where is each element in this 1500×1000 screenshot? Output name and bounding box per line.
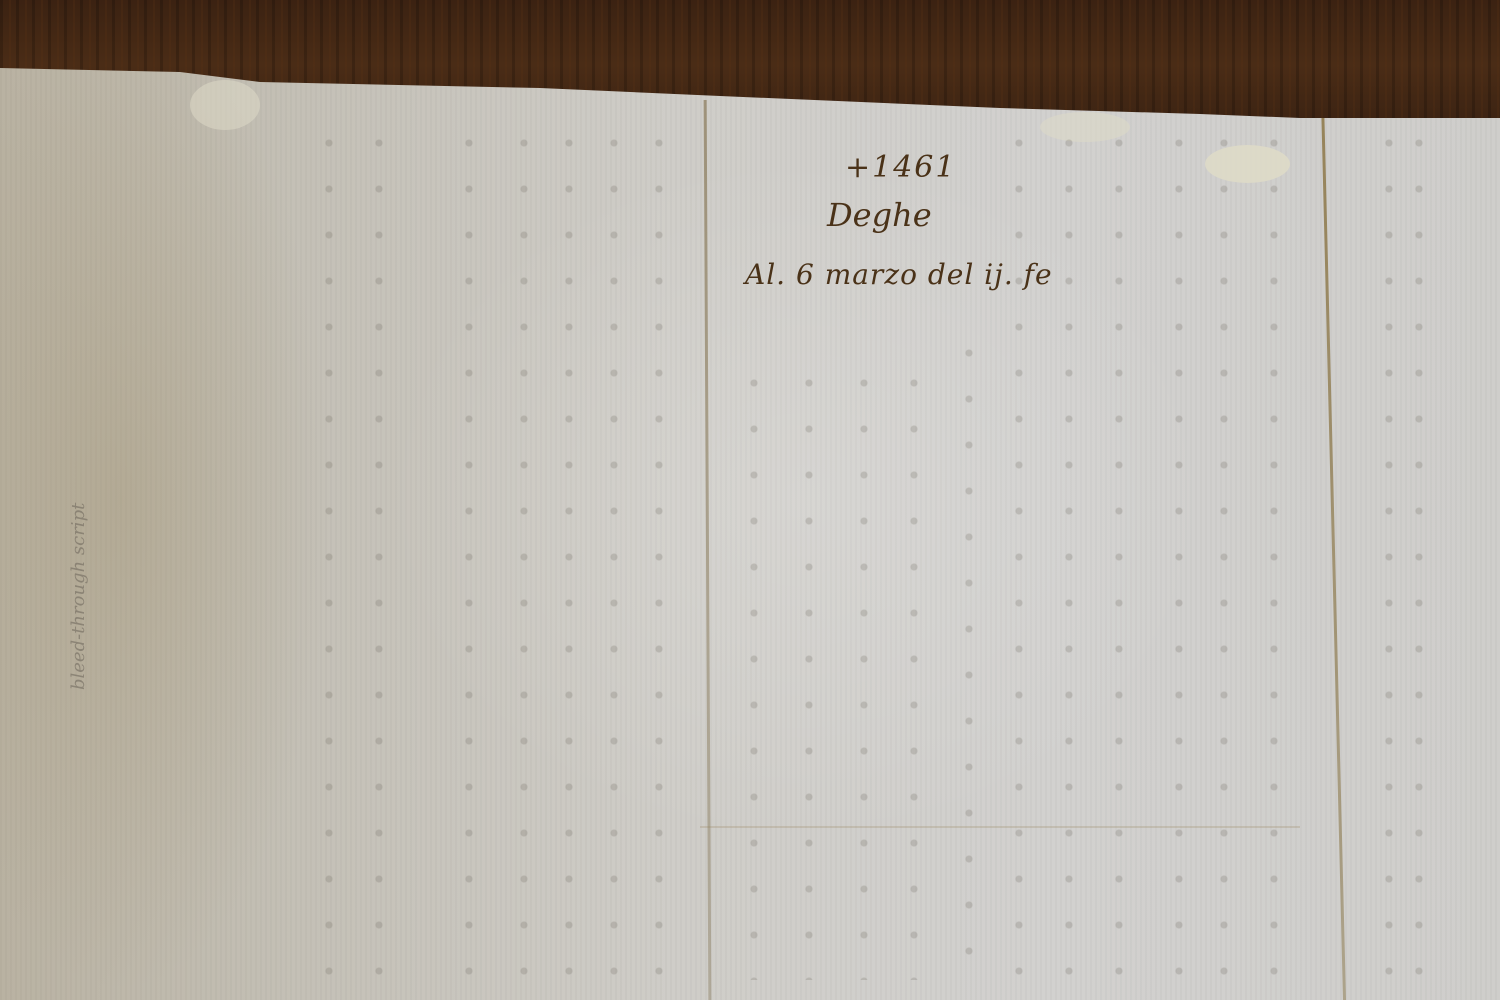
docket-date-line: Al. 6 marzo del ij. fe — [745, 258, 1053, 291]
paper-repair-patch — [190, 80, 260, 130]
bleed-through-text — [560, 120, 578, 980]
bleed-through-text — [370, 120, 388, 980]
bleed-through-text — [905, 360, 923, 980]
bleed-through-text — [1170, 120, 1188, 980]
docket-year-line: +1461 — [845, 150, 956, 185]
bleed-through-text — [605, 120, 623, 980]
bleed-through-text — [800, 360, 818, 980]
bleed-through-text — [1215, 120, 1233, 980]
bleed-through-text — [650, 120, 668, 980]
manuscript-page: bleed-through script +1461 Deghe Al. 6 m… — [0, 0, 1500, 1000]
bleed-through-text — [460, 120, 478, 980]
bleed-through-text — [745, 360, 763, 980]
bleed-through-text — [960, 330, 978, 980]
bleed-through-text — [1110, 120, 1128, 980]
vertical-fold-line — [704, 100, 712, 1000]
bleed-through-text — [515, 120, 533, 980]
horizontal-fold-line — [700, 826, 1300, 828]
bleed-through-text — [1380, 120, 1398, 980]
bleed-through-text — [1010, 120, 1028, 980]
bleed-through-text — [1265, 120, 1283, 980]
vertical-fold-line — [1321, 100, 1346, 1000]
bleed-through-text — [1060, 120, 1078, 980]
bleed-through-text — [320, 120, 338, 980]
margin-bleed-through-note: bleed-through script — [68, 270, 108, 690]
bleed-through-text — [855, 360, 873, 980]
bleed-through-text — [1410, 120, 1428, 980]
docket-name-line: Deghe — [827, 196, 932, 234]
